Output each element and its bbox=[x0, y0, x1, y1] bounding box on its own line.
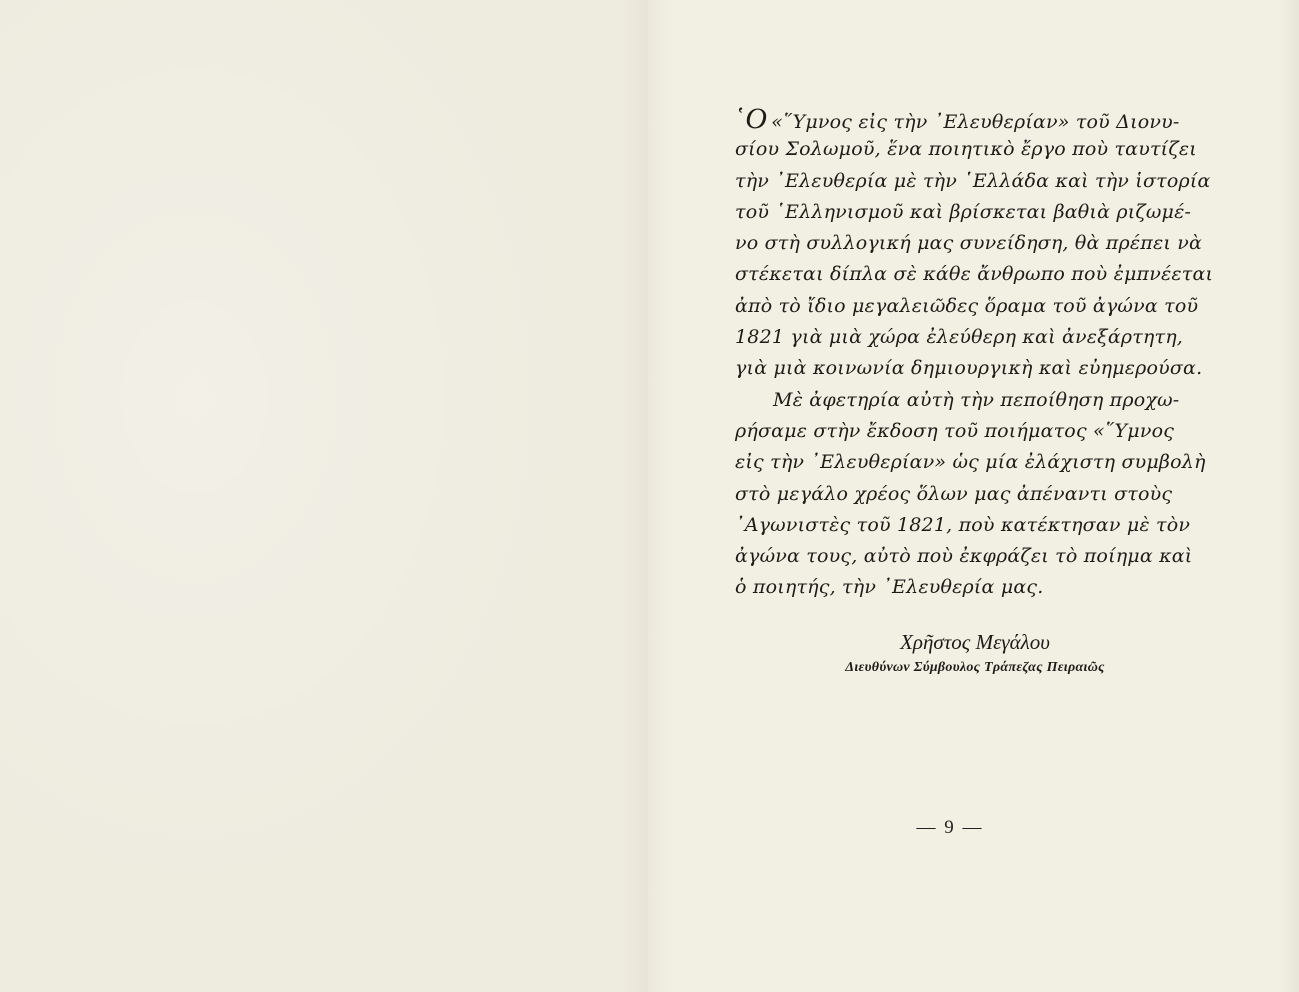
preface-text: ῾Ο«῞Υμνος εἰς τὴν ᾿Ελευθερίαν» τοῦ Διονυ… bbox=[735, 103, 1165, 604]
paragraph-1-line: σίου Σολωμοῦ, ἕνα ποιητικὸ ἔργο ποὺ ταυτ… bbox=[735, 134, 1165, 165]
paragraph-1-line: 1821 γιὰ μιὰ χώρα ἐλεύθερη καὶ ἀνεξάρτητ… bbox=[735, 322, 1165, 353]
signature-block: Χρῆστος Μεγάλου Διευθύνων Σύμβουλος Τράπ… bbox=[735, 627, 1215, 679]
paragraph-2-line: Μὲ ἀφετηρία αὐτὴ τὴν πεποίθηση προχω- bbox=[735, 385, 1165, 416]
paragraph-2-line: εἰς τὴν ᾿Ελευθερίαν» ὡς μία ἐλάχιστη συμ… bbox=[735, 447, 1165, 478]
paragraph-1-line: γιὰ μιὰ κοινωνία δημιουργικὴ καὶ εὐημερο… bbox=[735, 353, 1165, 384]
paragraph-1-line: τοῦ ῾Ελληνισμοῦ καὶ βρίσκεται βαθιὰ ριζω… bbox=[735, 197, 1165, 228]
paragraph-2-line: ἀγώνα τους, αὐτὸ ποὺ ἐκφράζει τὸ ποίημα … bbox=[735, 541, 1165, 572]
page-number: — 9 — bbox=[900, 817, 1000, 839]
book-spread: ῾Ο«῞Υμνος εἰς τὴν ᾿Ελευθερίαν» τοῦ Διονυ… bbox=[0, 0, 1299, 992]
signature-title: Διευθύνων Σύμβουλος Τράπεζας Πειραιῶς bbox=[735, 657, 1215, 679]
dropcap: ῾Ο bbox=[735, 102, 767, 135]
paragraph-1-line: στέκεται δίπλα σὲ κάθε ἄνθρωπο ποὺ ἐμπνέ… bbox=[735, 259, 1165, 290]
paragraph-1-line: νο στὴ συλλογική μας συνείδηση, θὰ πρέπε… bbox=[735, 228, 1165, 259]
paragraph-2-line: ρήσαμε στὴν ἔκδοση τοῦ ποιήματος «῞Υμνος bbox=[735, 416, 1165, 447]
right-page: ῾Ο«῞Υμνος εἰς τὴν ᾿Ελευθερίαν» τοῦ Διονυ… bbox=[648, 0, 1299, 992]
left-page-blank bbox=[0, 0, 648, 992]
paragraph-1-line-1: ῾Ο«῞Υμνος εἰς τὴν ᾿Ελευθερίαν» τοῦ Διονυ… bbox=[735, 103, 1165, 134]
paragraph-1-line: τὴν ᾿Ελευθερία μὲ τὴν ῾Ελλάδα καὶ τὴν ἱσ… bbox=[735, 166, 1165, 197]
paragraph-1-line: ἀπὸ τὸ ἴδιο μεγαλειῶδες ὅραμα τοῦ ἀγώνα … bbox=[735, 291, 1165, 322]
paragraph-2-line: ᾿Αγωνιστὲς τοῦ 1821, ποὺ κατέκτησαν μὲ τ… bbox=[735, 510, 1165, 541]
paragraph-2-line: στὸ μεγάλο χρέος ὅλων μας ἀπέναντι στοὺς bbox=[735, 479, 1165, 510]
paragraph-2-line: ὁ ποιητής, τὴν ᾿Ελευθερία μας. bbox=[735, 572, 1165, 603]
signature-name: Χρῆστος Μεγάλου bbox=[735, 627, 1215, 657]
